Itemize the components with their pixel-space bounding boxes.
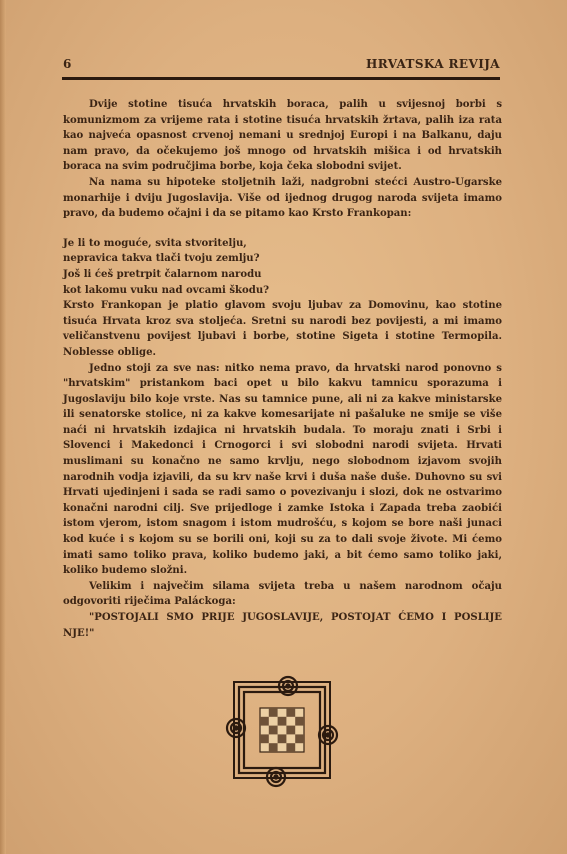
verse-line-3: Još li ćeš pretrpit čalarnom narodu: [63, 267, 502, 283]
paragraph-1: Dvije stotine tisuća hrvatskih boraca, p…: [63, 97, 502, 175]
verse-line-1: Je li to moguće, svita stvoritelju,: [63, 236, 502, 252]
paragraph-3: Krsto Frankopan je platio glavom svoju l…: [63, 298, 502, 360]
checkerboard-icon: [260, 708, 304, 752]
verse-line-2: nepravica takva tlači tvoju zemlju?: [63, 251, 502, 267]
verse-line-4: kot lakomu vuku nad ovcami škodu?: [63, 283, 502, 299]
checkerboard-knot-ornament-icon: [224, 675, 340, 788]
paragraph-2: Na nama su hipoteke stoljetnih laži, nad…: [63, 175, 502, 222]
closing-quote: "POSTOJALI SMO PRIJE JUGOSLAVIJE, POSTOJ…: [63, 610, 502, 641]
page-header: 6 HRVATSKA REVIJA: [63, 57, 500, 77]
paragraph-4: Jedno stoji za sve nas: nitko nema pravo…: [63, 361, 502, 579]
magazine-page: 6 HRVATSKA REVIJA Dvije stotine tisuća h…: [0, 0, 567, 854]
paragraph-5: Velikim i največim silama svijeta treba …: [63, 579, 502, 610]
header-rule: [62, 77, 500, 80]
running-title: HRVATSKA REVIJA: [366, 57, 500, 71]
article-body: Dvije stotine tisuća hrvatskih boraca, p…: [63, 97, 502, 641]
page-number: 6: [63, 57, 71, 71]
